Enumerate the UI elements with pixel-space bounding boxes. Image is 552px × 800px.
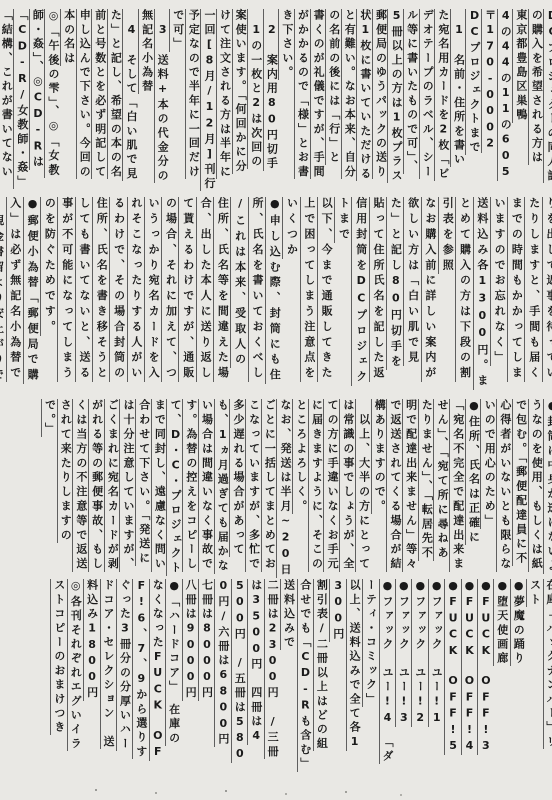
- text-column: しても書いてないと、送る: [75, 197, 92, 382]
- text-column: ところよろしく。: [292, 399, 308, 514]
- text-column: ●夢魔の踊り: [510, 579, 526, 666]
- text-column: なお、発送は半月~20日: [276, 399, 292, 578]
- text-column: 所、氏名を書いておくべし: [248, 197, 265, 382]
- text-column: とめて購入の方は下段の割: [455, 197, 472, 382]
- text-column: 5冊以上の方は1枚プラス: [387, 9, 403, 183]
- text-column: 「結構、これが書いてない: [0, 9, 13, 179]
- text-column: たりません」、「転居先不: [418, 399, 434, 561]
- text-column: せん」、「宛て所に尋ねあ: [433, 399, 449, 561]
- text-column: た」と記し、希望の本の名: [107, 9, 123, 179]
- band-ordering-cautions: りを出して返事を待っていたりしますと、手間も届くまでの時間もかかってしまいますの…: [0, 197, 552, 390]
- text-column: 「宛名不完全で配達出来ま: [449, 399, 465, 572]
- text-column: 一回[8月/12月]刊行: [200, 9, 216, 191]
- text-column: なくなったFUCK OF: [149, 579, 165, 761]
- text-column: 合、出した本人に送り返し: [196, 197, 213, 382]
- text-column: 在庫「バックナンバー」リ: [543, 579, 552, 749]
- text-column: ●申し込む際、封筒にも住: [265, 197, 282, 384]
- text-column: がれる等の郵便事故、もし: [88, 399, 104, 572]
- text-column: いますのでお忘れなく」: [490, 197, 507, 366]
- band-back-number-price-list: 在庫「バックナンバー」リスト●夢魔の踊り●堕天使画廊●FUCK OFF!3●FU…: [50, 579, 552, 772]
- text-column: の購入を希望される方は: [528, 9, 544, 165]
- text-column: ドコア・セレクション 送: [100, 579, 116, 749]
- text-column: 〒170-0002: [481, 9, 497, 153]
- text-column: 4 そして「白い肌で見: [122, 9, 138, 181]
- text-column: DCプロジェクトまで: [465, 9, 481, 155]
- text-column: 信用封筒をDCプロジェク: [351, 197, 368, 386]
- band-mailing-cautions: ●封筒に中身が透けないようなのを使用、もしくは紙で包む。「郵便配達員に不心得者が…: [41, 399, 552, 578]
- text-column: 構ありますので。: [371, 399, 387, 514]
- text-column: の名前の後には「行」と: [325, 9, 341, 165]
- text-column: るわけで、その場合封筒の: [109, 197, 126, 382]
- text-column: も、1ヵ月過ぎても届かな: [214, 399, 230, 574]
- text-column: まで同封し、遠慮なく問い: [151, 399, 167, 572]
- text-column: ル等に書いたもので可」、: [403, 9, 419, 174]
- text-column: た宛名用カードを2枚「ビ: [434, 9, 450, 181]
- text-column: ごくまれに宛名カードが剥: [104, 399, 120, 572]
- text-column: は十分注意していますが、: [119, 399, 135, 572]
- text-column: き下さい。: [278, 9, 294, 80]
- text-column: 多少遅れる場合があって: [229, 399, 245, 557]
- text-column: す。為替の控えをコピーし: [182, 399, 198, 572]
- text-column: い場合は間違いなく事故で: [198, 399, 214, 572]
- text-column: 「CD-R/女教師・姦」: [13, 9, 29, 189]
- text-column: 300円: [329, 579, 345, 642]
- text-column: 引表を参照: [438, 197, 455, 274]
- text-column: で包む。「郵便配達員に不: [512, 399, 528, 566]
- text-column: で返送されてくる場合が結: [386, 399, 402, 572]
- text-column: 0円/六冊は6800円: [214, 579, 230, 747]
- text-column: ●住所、氏名は正確に: [465, 399, 481, 545]
- text-column: 以下、今まで通販してきた: [317, 197, 334, 382]
- text-column: DCプロジェクトの同人誌: [543, 9, 552, 183]
- text-column: 500円 /五冊は580: [231, 579, 247, 763]
- text-column: /現金書留より安上がりで: [0, 197, 6, 384]
- text-column: 住所、氏名等を間違えた場: [213, 197, 230, 382]
- text-column: れそこなったりする人がい: [127, 197, 144, 382]
- text-column: 送料込みで: [280, 579, 296, 650]
- scanned-page: DCプロジェクトの同人誌の購入を希望される方は東京都豊島区巣鴨4の44の11の6…: [0, 0, 552, 800]
- text-column: 心得者がいないとも限らな: [496, 399, 512, 572]
- text-column: て貰えるわけですが、通販: [178, 197, 195, 382]
- band-how-to-order: DCプロジェクトの同人誌の購入を希望される方は東京都豊島区巣鴨4の44の11の6…: [0, 9, 552, 191]
- text-column: ストコピーのおまけつき: [50, 579, 66, 735]
- text-column: と有難い。なお本来、自分: [341, 9, 357, 179]
- text-column: で可」: [169, 9, 185, 52]
- text-column: 七冊は8000円: [198, 579, 214, 701]
- text-column: されて来たりしますの: [57, 399, 73, 543]
- text-column: ●封筒に中身が透けないよ: [543, 399, 552, 574]
- text-column: 1 名前・住所を書い: [450, 9, 466, 167]
- text-column: /これは本来、受取人の: [230, 197, 247, 368]
- text-column: 申し込んで下さい。今回の: [76, 9, 92, 179]
- text-column: スト: [526, 579, 542, 607]
- text-column: ーティ・コミック」: [362, 579, 378, 707]
- text-column: ●郵便小為替「郵便局で購: [23, 197, 40, 384]
- text-column: 八冊は9000円: [182, 579, 198, 701]
- text-column: ごとに一括してまとめてお: [261, 399, 277, 572]
- text-column: 貼って住所氏名を記した返: [369, 197, 386, 382]
- text-column: 二冊は2300円 /三冊: [264, 579, 280, 759]
- text-column: 3 送料+本の代金分の: [154, 9, 170, 183]
- text-column: デオテープのラベル、シー: [419, 9, 435, 179]
- text-column: 本の名は: [60, 9, 76, 66]
- text-column: たりしますと、手間も届く: [524, 197, 541, 382]
- text-column: 前と号数とを必ず明記して: [91, 9, 107, 179]
- text-column: ての方に手違いなくお手元: [323, 399, 339, 572]
- text-column: 2 案内用80円切手: [263, 9, 279, 171]
- text-column: までの時間もかかってしま: [507, 197, 524, 382]
- text-column: 無記名小為替: [138, 9, 154, 94]
- text-column: ●ファック ユー!3: [395, 579, 411, 727]
- text-column: 予定なので半年に一回だけ: [185, 9, 201, 179]
- text-column: 案使います。「何回かに分: [232, 9, 248, 174]
- text-column: ●FUCK OFF!5: [444, 579, 460, 755]
- text-column: うなのを使用、もしくは紙: [528, 399, 544, 572]
- text-column: 東京都豊島区巣鴨: [512, 9, 528, 123]
- text-column: ●ファック ユー!4 「ダ: [379, 579, 395, 764]
- text-column: りを出して返事を待ってい: [542, 197, 552, 382]
- text-column: くは当方の不注意等で返送: [72, 399, 88, 572]
- text-column: に届きますように、そこの: [308, 399, 324, 572]
- text-column: 師・姦」、◎CD-Rは: [29, 9, 45, 170]
- text-column: 送料込み各1300円。ま: [473, 197, 490, 390]
- text-column: 状1枚に書いていただける: [356, 9, 372, 181]
- text-column: のを防ぐためです。: [40, 197, 57, 336]
- text-column: 以上、大半の方にとって: [355, 399, 371, 572]
- text-column: けて注文される方は半年に: [216, 9, 232, 179]
- text-column: ●ファック ユー!2: [411, 579, 427, 727]
- text-column: 書くのが礼儀ですが、手間: [310, 9, 326, 179]
- text-column: 明で配達出来ません」等々: [402, 399, 418, 572]
- text-column: 以上、送料込みで全て各1: [346, 579, 362, 751]
- text-column: 入」は必ず無記名小為替で: [6, 197, 23, 382]
- text-column: 事が不可能になってしまう: [57, 197, 74, 382]
- text-column: で。」: [41, 399, 57, 437]
- text-column: こなっていますが、多忙で: [245, 399, 261, 572]
- text-column: いうっかり宛名カードを入: [144, 197, 161, 382]
- text-column: 住所、氏名を書き移そうと: [92, 197, 109, 382]
- text-column: トまで: [334, 197, 351, 243]
- text-column: 合せでも「CD-Rも含む」: [297, 579, 313, 772]
- text-column: て、D・C・プロジェクト: [166, 399, 182, 576]
- text-column: 割引表/二冊以上はどの組: [313, 579, 329, 751]
- text-column: 合わせて下さい。「発送に: [135, 399, 151, 566]
- text-column: 郵便局のゆうパックの送り: [372, 9, 388, 179]
- text-column: ●FUCK OFF!4: [461, 579, 477, 755]
- text-column: ◎各刊それぞれエグいイラ: [67, 579, 83, 751]
- text-column: いので用心のため」: [480, 399, 496, 529]
- text-column: は常識の事でしょうが、全: [339, 399, 355, 572]
- text-column: は3500円 四冊は4: [247, 579, 263, 745]
- text-column: ●「ハードコア」 在庫の: [165, 579, 181, 746]
- text-column: の場合、それに加えて、つ: [161, 197, 178, 382]
- text-column: 上で困ってしまう注意点を: [300, 197, 317, 382]
- text-column: がかかるので「様」とお書: [294, 9, 310, 179]
- text-column: F!6、7、9から選りす: [132, 579, 148, 759]
- text-column: 1の一枚と2は次回の: [247, 9, 263, 169]
- text-column: なお購入前に詳しい案内が: [421, 197, 438, 382]
- text-column: いくつか: [282, 197, 299, 259]
- text-column: 欲しい方は「白い肌で見: [403, 197, 420, 366]
- scan-noise: [95, 789, 97, 791]
- text-column: 料込み1800円: [83, 579, 99, 701]
- text-column: ◎「午後の雫」、◎「女教: [44, 9, 60, 178]
- text-column: 4の44の11の605: [497, 9, 513, 181]
- text-column: ●FUCK OFF!3: [477, 579, 493, 755]
- text-column: ●ファック ユー!1: [428, 579, 444, 727]
- text-column: た」と記し80円切手を: [386, 197, 403, 370]
- text-column: ●堕天使画廊: [493, 579, 509, 666]
- text-column: ぐった3冊分の分厚いハー: [116, 579, 132, 751]
